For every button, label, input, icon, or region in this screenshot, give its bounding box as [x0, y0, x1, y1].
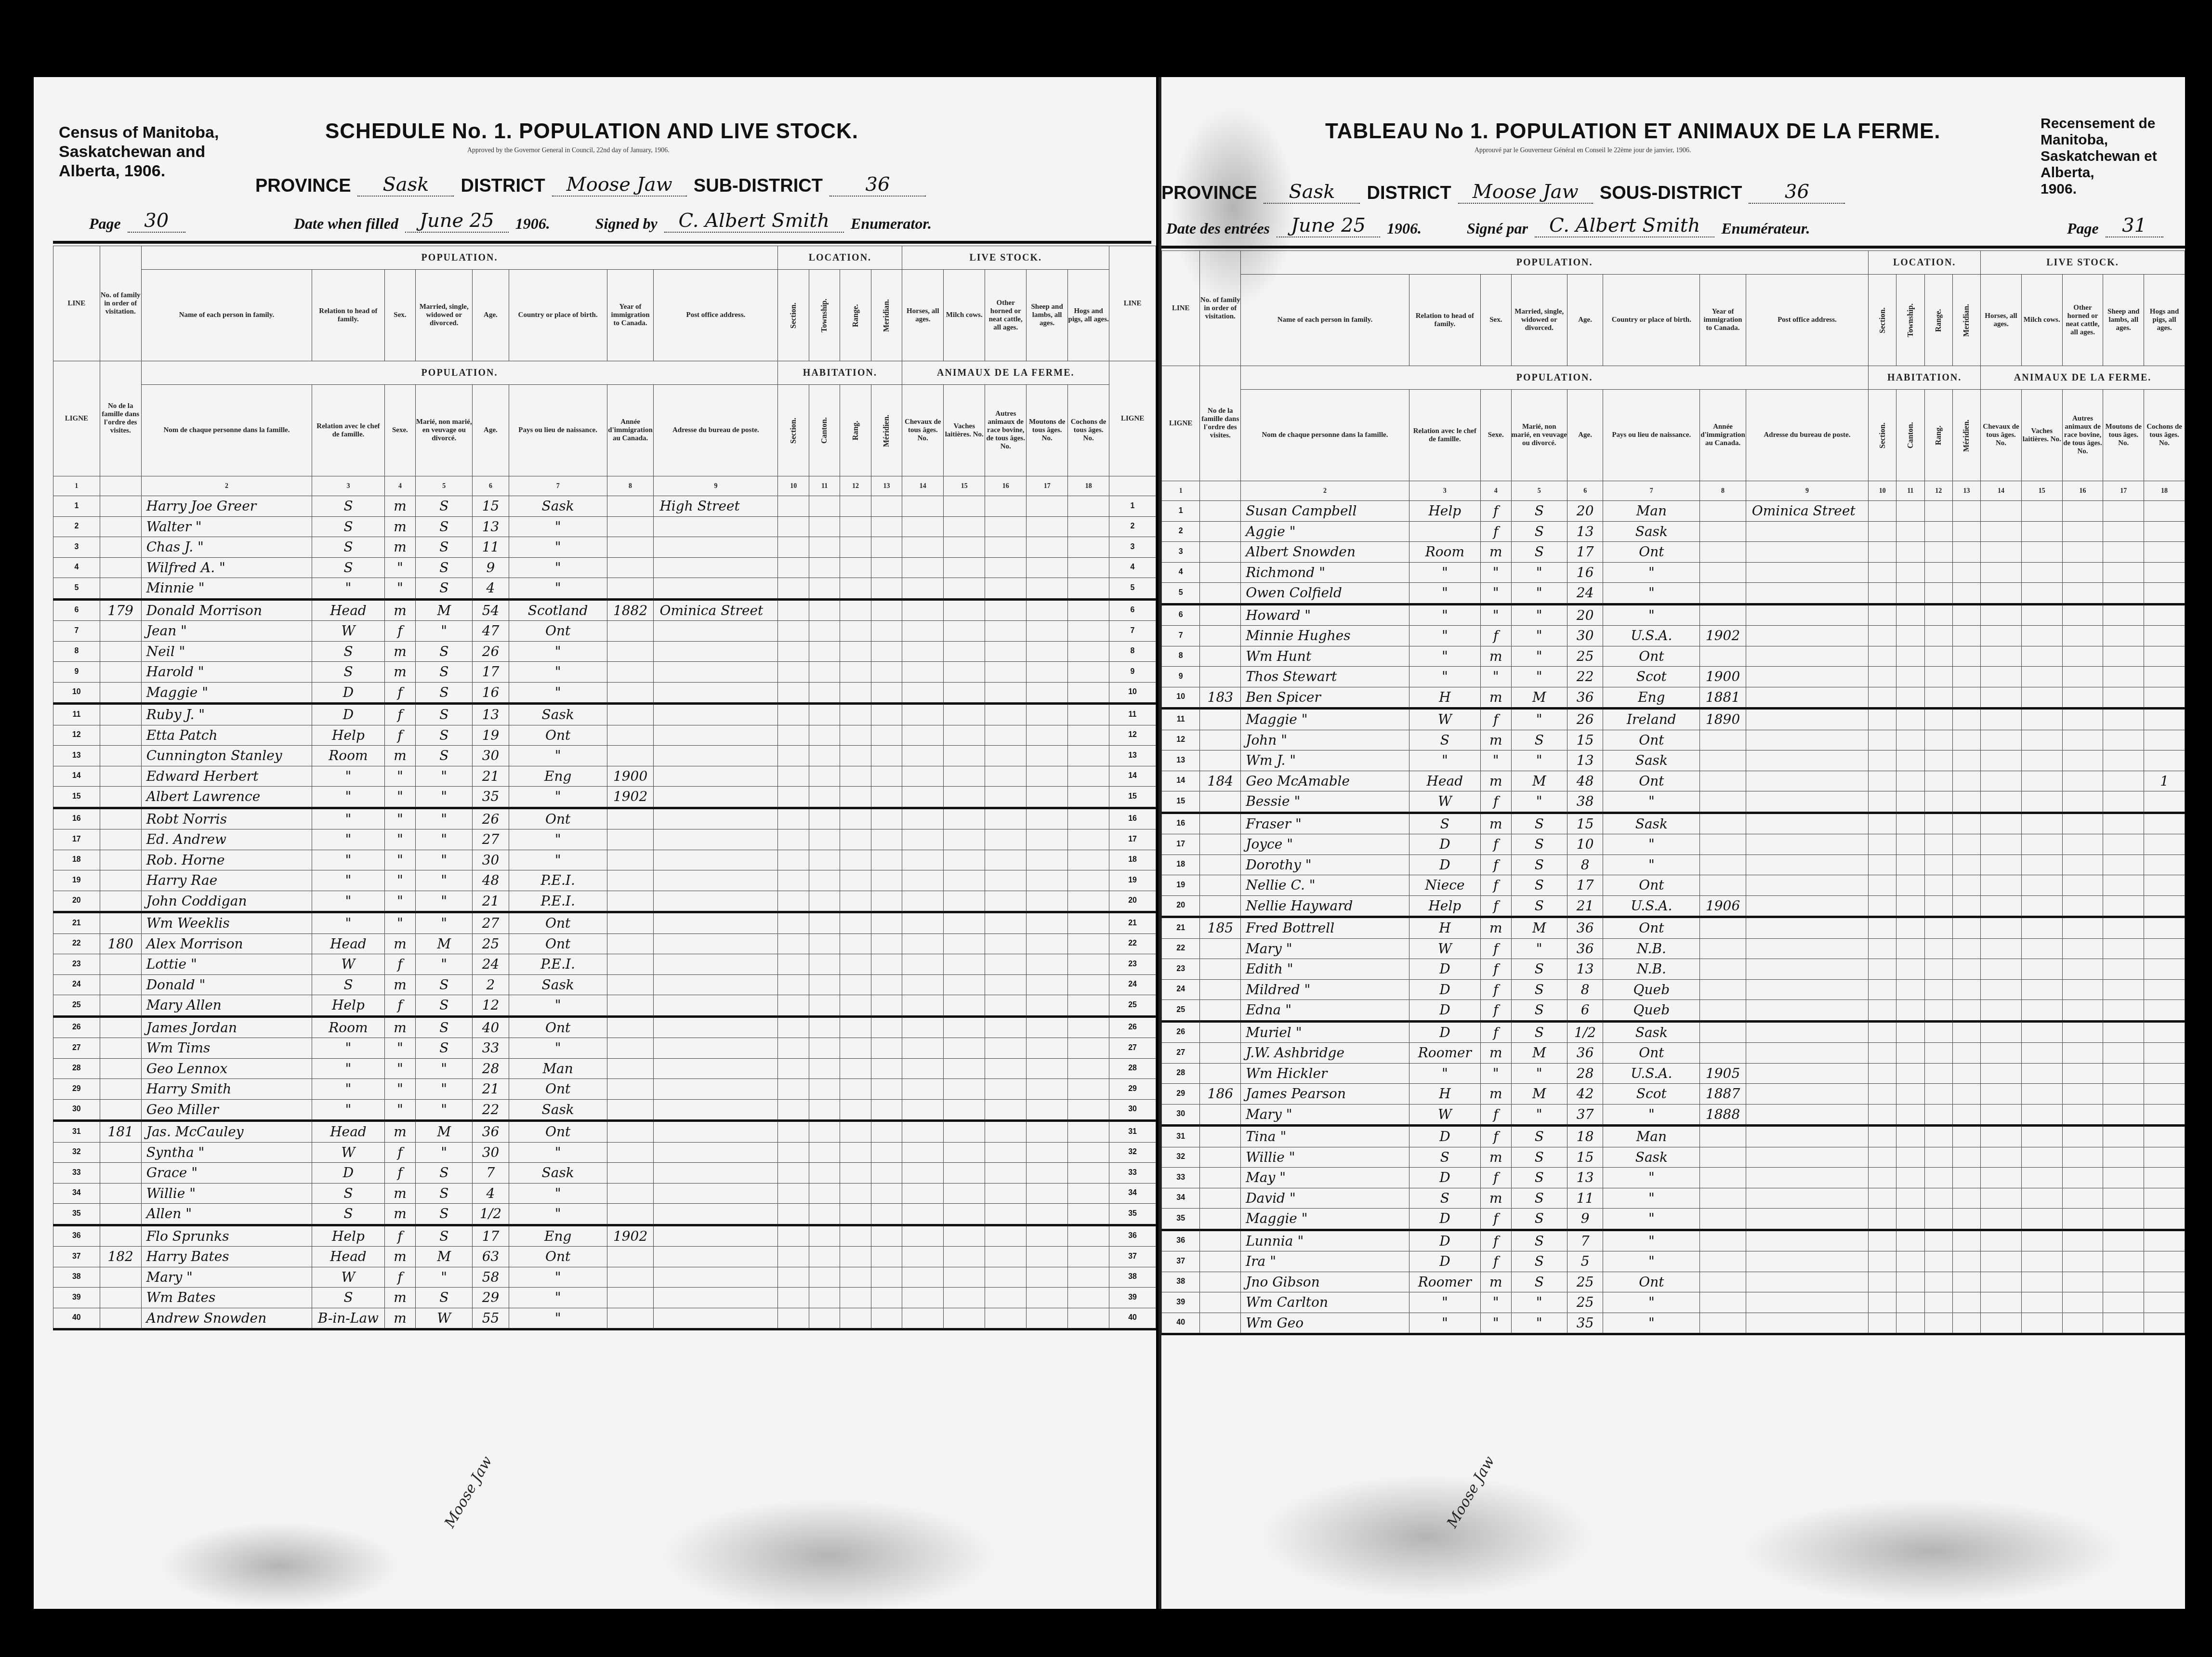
- sex: m: [384, 599, 415, 621]
- milch-cows-cell: [944, 787, 985, 808]
- post-office-address: [654, 1183, 778, 1204]
- relation: Roomer: [1409, 1043, 1480, 1064]
- township-cell: [809, 1183, 840, 1204]
- post-office-address: [1746, 1084, 1868, 1105]
- date-value: June 25: [405, 210, 509, 233]
- range-cell: [840, 1308, 871, 1329]
- birthplace: Ont: [509, 1016, 607, 1038]
- family-number: [1200, 875, 1241, 896]
- family-number: [100, 1225, 141, 1247]
- section-cell: [778, 557, 809, 578]
- meridian-cell: [1952, 1313, 1980, 1334]
- birthplace: ": [509, 537, 607, 558]
- other-cattle-cell: [2062, 667, 2103, 687]
- marital-status: M: [416, 934, 473, 954]
- township-cell: [809, 1121, 840, 1143]
- col-age-fr: Age.: [473, 385, 509, 476]
- person-name: Bessie ": [1241, 791, 1409, 813]
- immigration-year: [607, 1079, 654, 1100]
- line-number: 24: [1162, 979, 1200, 1000]
- post-office-address: [654, 954, 778, 975]
- sheep-cell: [1027, 1058, 1068, 1079]
- other-cattle-cell: [985, 1288, 1027, 1308]
- corner-title-line: Alberta, 1906.: [59, 161, 219, 181]
- immigration-year: 1902: [607, 1225, 654, 1247]
- immigration-year: [1700, 562, 1746, 583]
- sex: ": [384, 829, 415, 850]
- hogs-cell: [1068, 704, 1109, 725]
- person-name: Fraser ": [1241, 813, 1409, 834]
- relation: S: [312, 516, 384, 537]
- group-livestock: LIVE STOCK.: [902, 246, 1109, 270]
- sex: f: [1481, 1126, 1512, 1147]
- hogs-cell: [2144, 791, 2185, 813]
- section-cell: [778, 850, 809, 870]
- sheep-cell: [2103, 1188, 2144, 1209]
- section-cell: [1869, 626, 1896, 646]
- range-cell: [840, 995, 871, 1017]
- section-cell: [778, 1247, 809, 1267]
- age: 63: [473, 1247, 509, 1267]
- line-number: 29: [53, 1079, 100, 1100]
- milch-cows-cell: [944, 870, 985, 891]
- marital-status: ": [1511, 562, 1567, 583]
- township-cell: [1896, 979, 1924, 1000]
- group-habitation: HABITATION.: [778, 361, 902, 385]
- relation: S: [1409, 813, 1480, 834]
- immigration-year: [1700, 1147, 1746, 1168]
- horses-cell: [902, 1016, 944, 1038]
- marital-status: M: [1511, 771, 1567, 791]
- birthplace: Eng: [509, 766, 607, 787]
- hogs-cell: [1068, 954, 1109, 975]
- line-number: 26: [53, 1016, 100, 1038]
- line-number-right: 4: [1109, 557, 1156, 578]
- person-name: Wm Weeklis: [141, 912, 312, 934]
- milch-cows-cell: [944, 682, 985, 704]
- milch-cows-cell: [944, 891, 985, 912]
- subdistrict-label: SOUS-DISTRICT: [1600, 183, 1742, 204]
- table-row: 27J.W. AshbridgeRoomermM36Ont: [1162, 1043, 2185, 1064]
- milch-cows-cell: [944, 1038, 985, 1059]
- post-office-address: [654, 829, 778, 850]
- line-number-right: 17: [1109, 829, 1156, 850]
- range-cell: [1924, 667, 1952, 687]
- person-name: Aggie ": [1241, 521, 1409, 542]
- section-cell: [1869, 1209, 1896, 1230]
- family-number: [100, 1288, 141, 1308]
- age: 36: [1567, 917, 1603, 939]
- meridian-cell: [1952, 1230, 1980, 1251]
- family-number: [100, 1204, 141, 1225]
- marital-status: S: [1511, 834, 1567, 855]
- birthplace: Ont: [1603, 875, 1700, 896]
- hogs-cell: [1068, 662, 1109, 683]
- birthplace: Ont: [1603, 917, 1700, 939]
- hogs-cell: [1068, 537, 1109, 558]
- col-post-office-fr: Adresse du bureau de poste.: [1746, 390, 1868, 481]
- immigration-year: [1700, 1272, 1746, 1292]
- horses-cell: [1981, 1104, 2022, 1126]
- family-number: [100, 641, 141, 662]
- relation: Help: [312, 995, 384, 1017]
- age: 25: [1567, 1272, 1603, 1292]
- immigration-year: [1700, 875, 1746, 896]
- line-number: 24: [53, 974, 100, 995]
- other-cattle-cell: [2062, 1126, 2103, 1147]
- immigration-year: [1700, 730, 1746, 750]
- col-other-cattle: Other horned or neat cattle, all ages.: [2062, 275, 2103, 366]
- immigration-year: [607, 1016, 654, 1038]
- birthplace: Queb: [1603, 1000, 1700, 1022]
- other-cattle-cell: [2062, 1251, 2103, 1272]
- immigration-year: 1887: [1700, 1084, 1746, 1105]
- table-row: 35Allen "SmS1/2"35: [53, 1204, 1156, 1225]
- family-number: [100, 1099, 141, 1121]
- col-milch-fr: Vaches laitières. No.: [944, 385, 985, 476]
- corner-title-line: Recensement de Manitoba,: [2041, 116, 2185, 148]
- marital-status: S: [1511, 813, 1567, 834]
- marital-status: ": [416, 1058, 473, 1079]
- range-cell: [840, 1204, 871, 1225]
- other-cattle-cell: [2062, 1147, 2103, 1168]
- post-office-address: [1746, 895, 1868, 917]
- age: 13: [1567, 750, 1603, 771]
- relation: S: [312, 1288, 384, 1308]
- range-cell: [840, 766, 871, 787]
- person-name: Susan Campbell: [1241, 501, 1409, 522]
- hogs-cell: [2144, 1209, 2185, 1230]
- immigration-year: [607, 850, 654, 870]
- table-row: 34David "SmS11": [1162, 1188, 2185, 1209]
- meridian-cell: [871, 912, 902, 934]
- age: 35: [1567, 1313, 1603, 1334]
- line-number-right: 31: [1109, 1121, 1156, 1143]
- age: 21: [473, 1079, 509, 1100]
- family-number: [100, 850, 141, 870]
- sex: m: [1481, 730, 1512, 750]
- table-row: 16Robt Norris"""26Ont16: [53, 808, 1156, 829]
- sheep-cell: [1027, 1308, 1068, 1329]
- relation: ": [1409, 1292, 1480, 1313]
- age: 8: [1567, 979, 1603, 1000]
- col-rang: Rang.: [840, 385, 871, 476]
- relation: ": [1409, 1063, 1480, 1084]
- range-cell: [840, 578, 871, 600]
- relation: D: [312, 1163, 384, 1184]
- hogs-cell: [1068, 1142, 1109, 1163]
- township-cell: [1896, 687, 1924, 709]
- family-number: [100, 516, 141, 537]
- hogs-cell: [2144, 542, 2185, 563]
- sex: m: [384, 1247, 415, 1267]
- birthplace: ": [1603, 1313, 1700, 1334]
- range-cell: [1924, 855, 1952, 875]
- family-number: [100, 974, 141, 995]
- meridian-cell: [871, 704, 902, 725]
- sex: m: [384, 1308, 415, 1329]
- post-office-address: [1746, 1168, 1868, 1188]
- other-cattle-cell: [985, 829, 1027, 850]
- group-livestock: LIVE STOCK.: [1981, 251, 2185, 275]
- post-office-address: [654, 1288, 778, 1308]
- marital-status: ": [416, 912, 473, 934]
- range-cell: [1924, 626, 1952, 646]
- birthplace: Ont: [1603, 730, 1700, 750]
- birthplace: Sask: [509, 496, 607, 517]
- family-number: [100, 496, 141, 517]
- immigration-year: [607, 725, 654, 746]
- hogs-cell: [2144, 1126, 2185, 1147]
- immigration-year: [1700, 1043, 1746, 1064]
- post-office-address: [654, 725, 778, 746]
- line-number: 9: [1162, 667, 1200, 687]
- col-name: Name of each person in family.: [141, 270, 312, 361]
- horses-cell: [1981, 1292, 2022, 1313]
- relation: W: [312, 1142, 384, 1163]
- post-office-address: [1746, 750, 1868, 771]
- birthplace: ": [509, 1204, 607, 1225]
- hogs-cell: [2144, 834, 2185, 855]
- post-office-address: [654, 787, 778, 808]
- birthplace: Scot: [1603, 667, 1700, 687]
- age: 17: [1567, 542, 1603, 563]
- table-row: 22Mary "Wf"36N.B.: [1162, 938, 2185, 959]
- other-cattle-cell: [985, 850, 1027, 870]
- sheep-cell: [1027, 1016, 1068, 1038]
- other-cattle-cell: [2062, 917, 2103, 939]
- column-number: 9: [1746, 481, 1868, 501]
- sheep-cell: [2103, 1043, 2144, 1064]
- family-number: [1200, 1147, 1241, 1168]
- relation: ": [1409, 646, 1480, 667]
- section-cell: [1869, 959, 1896, 980]
- sheep-cell: [2103, 1126, 2144, 1147]
- hogs-cell: [1068, 766, 1109, 787]
- milch-cows-cell: [2021, 1126, 2062, 1147]
- age: 5: [1567, 1251, 1603, 1272]
- sheep-cell: [1027, 682, 1068, 704]
- table-row: 20John Coddigan"""21P.E.I.20: [53, 891, 1156, 912]
- col-sex: Sex.: [384, 270, 415, 361]
- marital-status: ": [1511, 791, 1567, 813]
- age: 22: [473, 1099, 509, 1121]
- range-cell: [840, 1183, 871, 1204]
- sex: ": [384, 1079, 415, 1100]
- other-cattle-cell: [985, 1099, 1027, 1121]
- family-number: [1200, 1188, 1241, 1209]
- post-office-address: [1746, 1251, 1868, 1272]
- meridian-cell: [871, 954, 902, 975]
- relation: ": [1409, 562, 1480, 583]
- col-age: Age.: [1567, 275, 1603, 366]
- sex: ": [1481, 604, 1512, 626]
- section-cell: [778, 912, 809, 934]
- col-family-no-fr: No de la famille dans l'ordre des visite…: [100, 361, 141, 476]
- col-sheep-fr: Moutons de tous âges. No.: [1027, 385, 1068, 476]
- sex: m: [1481, 1188, 1512, 1209]
- age: 13: [1567, 521, 1603, 542]
- other-cattle-cell: [985, 1225, 1027, 1247]
- col-family-no: No. of family in order of visitation.: [1200, 251, 1241, 366]
- table-row: 27Wm Tims""S33"27: [53, 1038, 1156, 1059]
- family-number: [100, 808, 141, 829]
- table-row: 31181Jas. McCauleyHeadmM36Ont31: [53, 1121, 1156, 1143]
- township-cell: [809, 954, 840, 975]
- hogs-cell: [1068, 1288, 1109, 1308]
- marital-status: ": [1511, 938, 1567, 959]
- milch-cows-cell: [944, 850, 985, 870]
- column-number: 1: [53, 476, 100, 496]
- age: 7: [473, 1163, 509, 1184]
- other-cattle-cell: [985, 1058, 1027, 1079]
- sex: m: [384, 974, 415, 995]
- person-name: Wm Hickler: [1241, 1063, 1409, 1084]
- hogs-cell: [2144, 750, 2185, 771]
- birthplace: ": [1603, 1188, 1700, 1209]
- meridian-cell: [871, 621, 902, 642]
- person-name: Mildred ": [1241, 979, 1409, 1000]
- section-cell: [1869, 1043, 1896, 1064]
- person-name: Jean ": [141, 621, 312, 642]
- age: 15: [473, 496, 509, 517]
- horses-cell: [902, 934, 944, 954]
- marital-status: S: [1511, 542, 1567, 563]
- milch-cows-cell: [2021, 834, 2062, 855]
- township-cell: [809, 1225, 840, 1247]
- post-office-address: High Street: [654, 496, 778, 517]
- sex: ": [384, 787, 415, 808]
- sex: m: [384, 934, 415, 954]
- col-hogs: Hogs and pigs, all ages.: [1068, 270, 1109, 361]
- col-name-fr: Nom de chaque personne dans la famille.: [141, 385, 312, 476]
- range-cell: [840, 891, 871, 912]
- col-ligne-right: LIGNE: [1109, 361, 1156, 476]
- family-number: [1200, 604, 1241, 626]
- section-cell: [1869, 1168, 1896, 1188]
- relation: D: [312, 682, 384, 704]
- sheep-cell: [1027, 1288, 1068, 1308]
- group-livestock-fr: ANIMAUX DE LA FERME.: [1981, 366, 2185, 390]
- family-number: [100, 766, 141, 787]
- horses-cell: [1981, 1313, 2022, 1334]
- sex: f: [1481, 1021, 1512, 1043]
- post-office-address: [1746, 646, 1868, 667]
- line-number: 36: [53, 1225, 100, 1247]
- marital-status: S: [416, 1038, 473, 1059]
- milch-cows-cell: [944, 599, 985, 621]
- sex: m: [384, 516, 415, 537]
- census-corner-title-fr: Recensement de Manitoba, Saskatchewan et…: [2041, 116, 2185, 197]
- post-office-address: [654, 934, 778, 954]
- sex: f: [1481, 1000, 1512, 1022]
- milch-cows-cell: [2021, 604, 2062, 626]
- milch-cows-cell: [944, 1308, 985, 1329]
- immigration-year: [1700, 1251, 1746, 1272]
- section-cell: [778, 537, 809, 558]
- family-number: [1200, 667, 1241, 687]
- line-number: 29: [1162, 1084, 1200, 1105]
- sex: f: [384, 682, 415, 704]
- immigration-year: [607, 954, 654, 975]
- marital-status: S: [1511, 1188, 1567, 1209]
- township-cell: [1896, 834, 1924, 855]
- marital-status: S: [416, 682, 473, 704]
- range-cell: [1924, 583, 1952, 605]
- marital-status: S: [416, 1288, 473, 1308]
- relation: H: [1409, 687, 1480, 709]
- birthplace: ": [509, 746, 607, 766]
- post-office-address: [1746, 542, 1868, 563]
- township-cell: [809, 599, 840, 621]
- table-row: 18Rob. Horne"""30"18: [53, 850, 1156, 870]
- birthplace: Ont: [1603, 646, 1700, 667]
- column-number: 5: [1511, 481, 1567, 501]
- other-cattle-cell: [985, 1267, 1027, 1288]
- relation: ": [312, 1079, 384, 1100]
- line-number: 17: [1162, 834, 1200, 855]
- family-number: [100, 912, 141, 934]
- person-name: Alex Morrison: [141, 934, 312, 954]
- sex: f: [1481, 1168, 1512, 1188]
- other-cattle-cell: [985, 995, 1027, 1017]
- marital-status: ": [1511, 750, 1567, 771]
- other-cattle-cell: [2062, 562, 2103, 583]
- age: 13: [1567, 959, 1603, 980]
- person-name: Wm Carlton: [1241, 1292, 1409, 1313]
- birthplace: Scot: [1603, 1084, 1700, 1105]
- family-number: [100, 1163, 141, 1184]
- line-number-right: 14: [1109, 766, 1156, 787]
- horses-cell: [902, 870, 944, 891]
- birthplace: Man: [509, 1058, 607, 1079]
- person-name: Jno Gibson: [1241, 1272, 1409, 1292]
- post-office-address: [654, 995, 778, 1017]
- person-name: Tina ": [1241, 1126, 1409, 1147]
- immigration-year: 1905: [1700, 1063, 1746, 1084]
- range-cell: [1924, 730, 1952, 750]
- horses-cell: [1981, 1021, 2022, 1043]
- age: 17: [473, 662, 509, 683]
- col-section: Section.: [778, 270, 809, 361]
- milch-cows-cell: [2021, 709, 2062, 730]
- person-name: David ": [1241, 1188, 1409, 1209]
- marital-status: S: [416, 537, 473, 558]
- meridian-cell: [1952, 1104, 1980, 1126]
- range-cell: [1924, 1000, 1952, 1022]
- family-number: [1200, 750, 1241, 771]
- sex: f: [1481, 709, 1512, 730]
- relation: ": [312, 1058, 384, 1079]
- milch-cows-cell: [2021, 1292, 2062, 1313]
- line-number-right: 11: [1109, 704, 1156, 725]
- immigration-year: [1700, 604, 1746, 626]
- section-cell: [1869, 855, 1896, 875]
- immigration-year: [1700, 583, 1746, 605]
- meridian-cell: [871, 641, 902, 662]
- hogs-cell: [2144, 1063, 2185, 1084]
- other-cattle-cell: [985, 557, 1027, 578]
- post-office-address: [654, 912, 778, 934]
- relation: D: [1409, 1000, 1480, 1022]
- birthplace: P.E.I.: [509, 954, 607, 975]
- horses-cell: [902, 912, 944, 934]
- hogs-cell: [1068, 1247, 1109, 1267]
- enumerator-label: Enumerator.: [851, 215, 932, 233]
- marital-status: S: [1511, 1251, 1567, 1272]
- milch-cows-cell: [2021, 1104, 2062, 1126]
- sheep-cell: [1027, 995, 1068, 1017]
